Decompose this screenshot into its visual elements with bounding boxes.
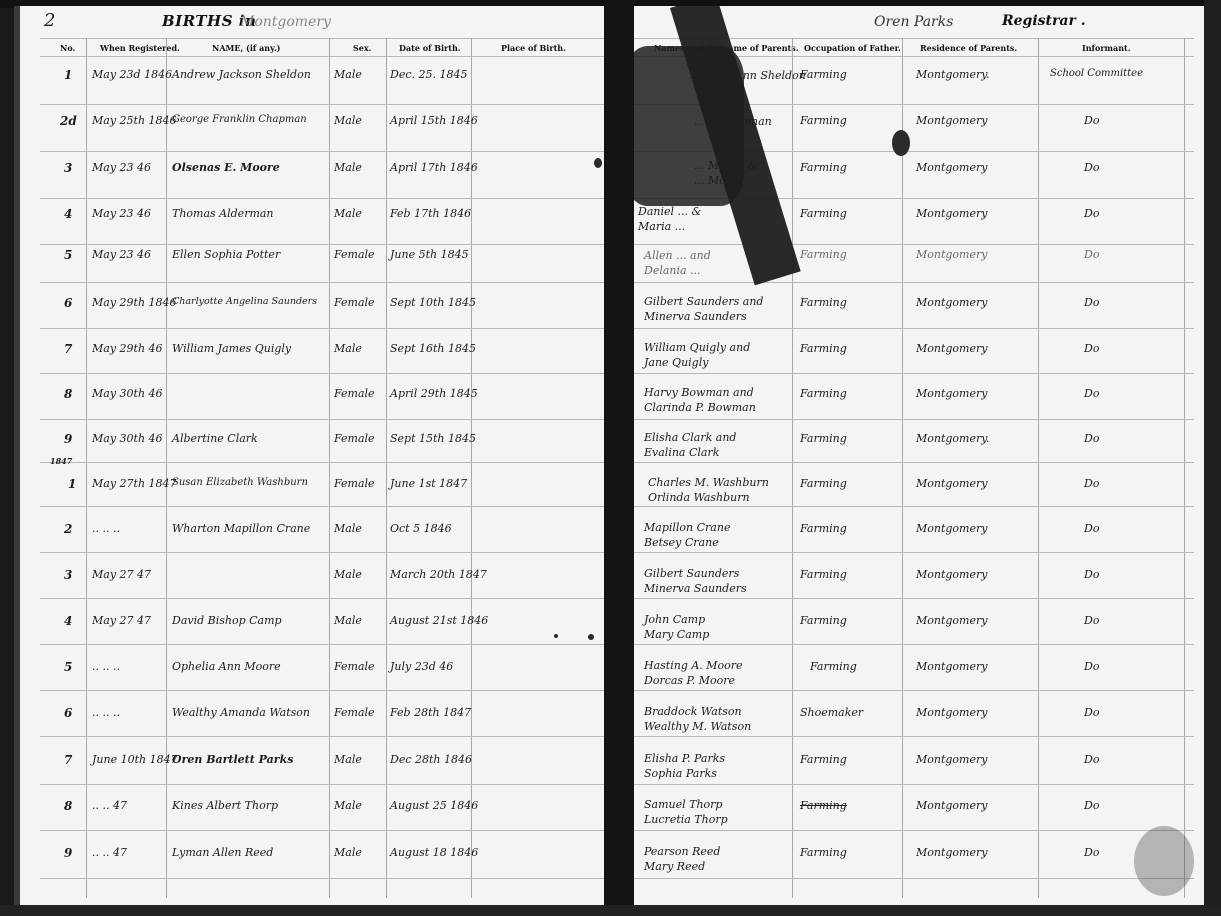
row-rule	[40, 736, 606, 737]
parent-line-1: Mapillon Crane	[644, 521, 730, 534]
parent-line-2: Delania ...	[644, 264, 701, 277]
col-header-when-registered: When Registered.	[100, 43, 180, 53]
parent-line-2: Maria ...	[638, 220, 685, 233]
record-no: 7	[64, 753, 72, 767]
record-informant: Do	[1084, 568, 1099, 581]
record-registered: .. .. 47	[92, 846, 127, 859]
right-page: Oren Parks Registrar . Names and Surname…	[634, 6, 1204, 906]
record-residence: Montgomery	[916, 846, 987, 859]
row-rule	[40, 552, 606, 553]
row-rule	[40, 419, 606, 420]
record-informant: Do	[1084, 248, 1099, 261]
record-no: 9	[64, 432, 72, 446]
record-occupation: Farming	[800, 614, 847, 627]
record-residence: Montgomery	[916, 248, 987, 261]
record-no: 4	[64, 207, 72, 221]
col-header-occupation: Occupation of Father.	[804, 43, 901, 53]
parent-line-1: Braddock Watson	[644, 705, 742, 718]
row-rule	[634, 282, 1194, 283]
row-rule	[40, 506, 606, 507]
record-occupation: Farming	[800, 477, 847, 490]
record-residence: Montgomery	[916, 342, 987, 355]
record-no: 2	[64, 522, 72, 536]
record-dob: Feb 17th 1846	[390, 207, 471, 220]
record-informant: Do	[1084, 660, 1099, 673]
record-registered: May 23d 1846	[92, 68, 172, 81]
row-rule	[634, 328, 1194, 329]
row-rule	[634, 598, 1194, 599]
parent-line-1: Gilbert Saunders and	[644, 295, 763, 308]
col-header-date-of-birth: Date of Birth.	[399, 43, 461, 53]
record-residence: Montgomery	[916, 161, 987, 174]
col-divider	[386, 38, 387, 898]
record-registered: .. .. ..	[92, 706, 120, 719]
col-header-sex: Sex.	[353, 43, 371, 53]
record-occupation: Farming	[800, 387, 847, 400]
row-rule	[634, 830, 1194, 831]
parent-line-1: Pearson Reed	[644, 845, 720, 858]
ink-spot	[594, 158, 602, 168]
record-name: Olsenas E. Moore	[172, 161, 280, 174]
record-parents: Gilbert SaundersMinerva Saunders	[644, 566, 747, 596]
parent-line-2: Minerva Saunders	[644, 310, 747, 323]
record-no: 1	[64, 68, 72, 82]
ink-spot	[554, 634, 558, 638]
record-sex: Male	[334, 114, 362, 127]
record-parents: Pearson ReedMary Reed	[644, 844, 720, 874]
row-rule	[40, 644, 606, 645]
record-occupation: Farming	[800, 799, 847, 812]
record-occupation: Farming	[800, 248, 847, 261]
record-name: Oren Bartlett Parks	[172, 753, 293, 766]
record-residence: Montgomery	[916, 207, 987, 220]
parent-line-1: Allen ... and	[644, 249, 711, 262]
record-dob: Feb 28th 1847	[390, 706, 471, 719]
record-dob: August 25 1846	[390, 799, 478, 812]
row-rule	[40, 598, 606, 599]
record-residence: Montgomery	[916, 387, 987, 400]
record-no: 3	[64, 568, 72, 582]
record-sex: Female	[334, 387, 375, 400]
record-no: 2d	[60, 114, 77, 128]
row-rule	[634, 552, 1194, 553]
col-divider	[166, 38, 167, 898]
record-sex: Male	[334, 522, 362, 535]
page-number: 2	[44, 10, 55, 31]
record-occupation: Farming	[800, 432, 847, 445]
record-registered: May 23 46	[92, 207, 151, 220]
record-name: Lyman Allen Reed	[172, 846, 273, 859]
row-rule	[634, 244, 1194, 245]
record-parents: Braddock WatsonWealthy M. Watson	[644, 704, 751, 734]
row-rule	[40, 878, 606, 879]
record-dob: Sept 16th 1845	[390, 342, 476, 355]
parent-line-1: Elisha Clark and	[644, 431, 736, 444]
record-informant: Do	[1084, 207, 1099, 220]
record-dob: April 15th 1846	[390, 114, 478, 127]
record-dob: June 1st 1847	[390, 477, 467, 490]
row-rule	[634, 462, 1194, 463]
col-header-name: NAME, (if any.)	[212, 43, 280, 53]
record-sex: Female	[334, 432, 375, 445]
record-informant: Do	[1084, 342, 1099, 355]
record-informant: Do	[1084, 114, 1099, 127]
record-residence: Montgomery	[916, 799, 987, 812]
record-no: 8	[64, 799, 72, 813]
parent-line-1: Elisha P. Parks	[644, 752, 725, 765]
parent-line-2: Betsey Crane	[644, 536, 719, 549]
record-parents: William Quigly andJane Quigly	[644, 340, 750, 370]
record-sex: Male	[334, 846, 362, 859]
record-informant: Do	[1084, 522, 1099, 535]
record-sex: Female	[334, 706, 375, 719]
record-parents: Samuel ThorpLucretia Thorp	[644, 797, 728, 827]
record-registered: May 23 46	[92, 248, 151, 261]
record-no: 3	[64, 161, 72, 175]
foxing-stain	[1134, 826, 1194, 896]
record-no: 6	[64, 706, 72, 720]
record-dob: July 23d 46	[390, 660, 453, 673]
col-divider	[1184, 38, 1185, 898]
row-rule	[40, 328, 606, 329]
ink-blot	[892, 130, 910, 156]
record-parents: Elisha P. ParksSophia Parks	[644, 751, 725, 781]
record-informant: Do	[1084, 846, 1099, 859]
record-name: Thomas Alderman	[172, 207, 274, 220]
col-header-informant: Informant.	[1082, 43, 1131, 53]
record-residence: Montgomery	[916, 522, 987, 535]
record-dob: Sept 15th 1845	[390, 432, 476, 445]
record-occupation: Farming	[800, 207, 847, 220]
row-rule	[634, 644, 1194, 645]
parent-line-1: Charles M. Washburn	[648, 476, 769, 489]
col-header-residence: Residence of Parents.	[920, 43, 1017, 53]
row-rule	[40, 244, 606, 245]
ledger-spread: 2 BIRTHS in Montgomery No. When Register…	[0, 0, 1221, 916]
row-rule	[40, 151, 606, 152]
record-dob: August 18 1846	[390, 846, 478, 859]
registrar-name: Oren Parks	[874, 14, 953, 30]
record-registered: May 30th 46	[92, 387, 163, 400]
record-name: Andrew Jackson Sheldon	[172, 68, 311, 81]
record-sex: Female	[334, 660, 375, 673]
record-residence: Montgomery	[916, 568, 987, 581]
record-no: 7	[64, 342, 72, 356]
record-sex: Male	[334, 799, 362, 812]
record-registered: May 23 46	[92, 161, 151, 174]
record-sex: Female	[334, 477, 375, 490]
parent-line-1: Gilbert Saunders	[644, 567, 739, 580]
record-occupation: Farming	[800, 161, 847, 174]
parent-line-2: Mary Camp	[644, 628, 709, 641]
town-name-handwritten: Montgomery	[240, 14, 331, 30]
record-name: Ellen Sophia Potter	[172, 248, 280, 261]
scan-border-bottom	[0, 905, 1221, 916]
record-residence: Montgomery	[916, 753, 987, 766]
record-no: 8	[64, 387, 72, 401]
record-no: 5	[64, 660, 72, 674]
record-parents: Harvy Bowman andClarinda P. Bowman	[644, 385, 756, 415]
parent-line-2: Lucretia Thorp	[644, 813, 728, 826]
record-dob: March 20th 1847	[390, 568, 487, 581]
record-no: 4	[64, 614, 72, 628]
row-rule	[40, 198, 606, 199]
row-rule	[40, 830, 606, 831]
row-rule	[40, 373, 606, 374]
record-parents: Daniel ... &Maria ...	[638, 204, 701, 234]
record-informant: Do	[1084, 161, 1099, 174]
record-registered: May 27 47	[92, 568, 151, 581]
record-dob: April 17th 1846	[390, 161, 478, 174]
col-header-place-of-birth: Place of Birth.	[501, 43, 566, 53]
parent-line-2: Wealthy M. Watson	[644, 720, 751, 733]
record-name: Charlyotte Angelina Saunders	[172, 296, 317, 307]
col-divider	[792, 38, 793, 898]
record-dob: Dec. 25. 1845	[390, 68, 467, 81]
col-divider	[1038, 38, 1039, 898]
ink-spot	[588, 634, 594, 640]
record-dob: June 5th 1845	[390, 248, 469, 261]
record-parents: Hasting A. MooreDorcas P. Moore	[644, 658, 743, 688]
record-informant: Do	[1084, 296, 1099, 309]
col-divider	[329, 38, 330, 898]
record-registered: May 29th 46	[92, 342, 163, 355]
header-rule-bottom	[40, 56, 606, 57]
record-sex: Male	[334, 753, 362, 766]
row-rule	[634, 878, 1194, 879]
record-occupation: Farming	[800, 753, 847, 766]
parent-line-2: Minerva Saunders	[644, 582, 747, 595]
year-margin-note: 1847	[50, 456, 72, 466]
record-sex: Male	[334, 68, 362, 81]
record-parents: Charles M. WashburnOrlinda Washburn	[648, 475, 769, 505]
record-occupation: Shoemaker	[800, 706, 863, 719]
record-parents: Mapillon CraneBetsey Crane	[644, 520, 730, 550]
parent-line-1: Hasting A. Moore	[644, 659, 743, 672]
parent-line-2: Clarinda P. Bowman	[644, 401, 756, 414]
scan-border-right	[1204, 0, 1221, 916]
record-informant: Do	[1084, 706, 1099, 719]
record-sex: Male	[334, 568, 362, 581]
record-informant: Do	[1084, 753, 1099, 766]
parent-line-2: Sophia Parks	[644, 767, 717, 780]
record-registered: .. .. ..	[92, 660, 120, 673]
record-no: 6	[64, 296, 72, 310]
record-parents: Elisha Clark andEvalina Clark	[644, 430, 736, 460]
parent-line-2: Mary Reed	[644, 860, 705, 873]
row-rule	[40, 784, 606, 785]
parent-line-2: Dorcas P. Moore	[644, 674, 735, 687]
record-registered: .. .. ..	[92, 522, 120, 535]
record-name: Susan Elizabeth Washburn	[172, 477, 308, 488]
record-sex: Male	[334, 207, 362, 220]
record-informant: Do	[1084, 387, 1099, 400]
record-no: 9	[64, 846, 72, 860]
record-occupation: Farming	[810, 660, 857, 673]
record-parents: John CampMary Camp	[644, 612, 709, 642]
record-dob: April 29th 1845	[390, 387, 478, 400]
record-dob: Sept 10th 1845	[390, 296, 476, 309]
parent-line-1: Daniel ... &	[638, 205, 701, 218]
record-occupation: Farming	[800, 846, 847, 859]
parent-line-2: Jane Quigly	[644, 356, 708, 369]
row-rule	[634, 419, 1194, 420]
col-divider	[902, 38, 903, 898]
record-registered: May 27 47	[92, 614, 151, 627]
record-registered: June 10th 1847	[92, 753, 178, 766]
record-occupation: Farming	[800, 114, 847, 127]
record-informant: Do	[1084, 432, 1099, 445]
record-sex: Female	[334, 296, 375, 309]
record-occupation: Farming	[800, 522, 847, 535]
record-occupation: Farming	[800, 568, 847, 581]
registrar-label: Registrar .	[1002, 13, 1086, 29]
record-residence: Montgomery	[916, 114, 987, 127]
col-divider	[86, 38, 87, 898]
parent-line-1: John Camp	[644, 613, 705, 626]
row-rule	[634, 690, 1194, 691]
record-sex: Male	[334, 161, 362, 174]
record-residence: Montgomery.	[916, 432, 990, 445]
record-parents: Allen ... andDelania ...	[644, 248, 711, 278]
record-name: Ophelia Ann Moore	[172, 660, 281, 673]
record-dob: August 21st 1846	[390, 614, 488, 627]
book-gutter	[604, 0, 636, 916]
record-name: Albertine Clark	[172, 432, 258, 445]
record-registered: May 25th 1846	[92, 114, 177, 127]
row-rule	[634, 784, 1194, 785]
record-informant: School Committee	[1050, 68, 1143, 79]
record-occupation: Farming	[800, 68, 847, 81]
row-rule	[40, 690, 606, 691]
row-rule	[40, 462, 606, 463]
record-registered: May 27th 1847	[92, 477, 177, 490]
record-sex: Male	[334, 342, 362, 355]
record-dob: Oct 5 1846	[390, 522, 452, 535]
record-residence: Montgomery	[916, 477, 987, 490]
record-no: 5	[64, 248, 72, 262]
col-header-no: No.	[60, 43, 75, 53]
parent-line-2: Orlinda Washburn	[648, 491, 750, 504]
record-registered: .. .. 47	[92, 799, 127, 812]
row-rule	[634, 736, 1194, 737]
record-residence: Montgomery	[916, 296, 987, 309]
record-dob: Dec 28th 1846	[390, 753, 472, 766]
record-name: George Franklin Chapman	[172, 114, 307, 125]
record-registered: May 29th 1846	[92, 296, 177, 309]
record-informant: Do	[1084, 799, 1099, 812]
record-name: Wealthy Amanda Watson	[172, 706, 310, 719]
row-rule	[634, 506, 1194, 507]
record-name: William James Quigly	[172, 342, 291, 355]
record-parents: Gilbert Saunders andMinerva Saunders	[644, 294, 763, 324]
record-residence: Montgomery.	[916, 68, 990, 81]
record-residence: Montgomery	[916, 706, 987, 719]
record-sex: Male	[334, 614, 362, 627]
parent-line-2: Evalina Clark	[644, 446, 719, 459]
parent-line-1: Harvy Bowman and	[644, 386, 754, 399]
record-residence: Montgomery	[916, 660, 987, 673]
row-rule	[40, 104, 606, 105]
row-rule	[634, 373, 1194, 374]
record-no: 1	[68, 477, 76, 491]
header-rule-top	[40, 38, 606, 39]
record-informant: Do	[1084, 614, 1099, 627]
record-registered: May 30th 46	[92, 432, 163, 445]
record-informant: Do	[1084, 477, 1099, 490]
record-name: David Bishop Camp	[172, 614, 282, 627]
parent-line-1: William Quigly and	[644, 341, 750, 354]
row-rule	[40, 282, 606, 283]
record-name: Wharton Mapillon Crane	[172, 522, 310, 535]
record-occupation: Farming	[800, 342, 847, 355]
record-sex: Female	[334, 248, 375, 261]
parent-line-1: Samuel Thorp	[644, 798, 722, 811]
record-name: Kines Albert Thorp	[172, 799, 278, 812]
record-occupation: Farming	[800, 296, 847, 309]
record-residence: Montgomery	[916, 614, 987, 627]
left-page: 2 BIRTHS in Montgomery No. When Register…	[14, 6, 606, 906]
